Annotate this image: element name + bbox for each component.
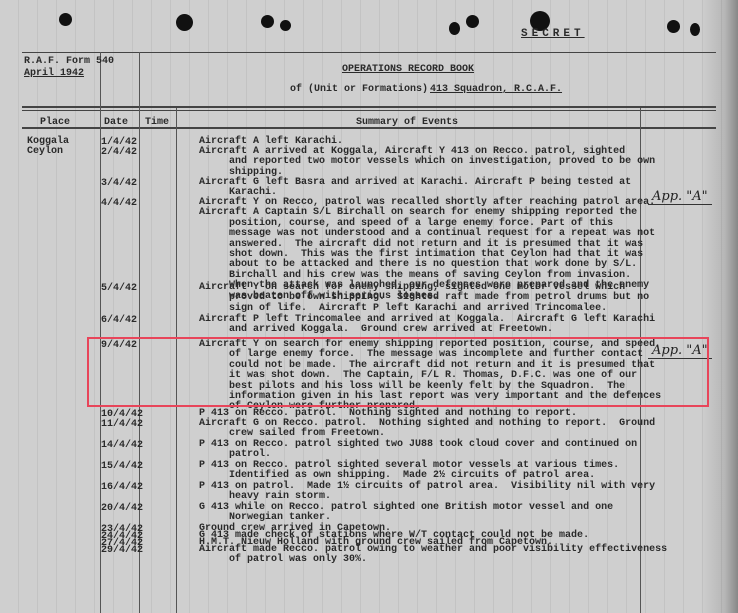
punch-hole: [59, 13, 72, 26]
punch-hole: [466, 15, 479, 28]
entry-text: P 413 on Recco. patrol sighted several m…: [199, 461, 659, 482]
appendix-annotation: App. "A": [648, 189, 712, 205]
punch-hole: [667, 20, 680, 33]
column-header-date: Date: [104, 117, 128, 128]
place-country: Ceylon: [27, 147, 69, 157]
entry-date: 2/4/42: [101, 147, 137, 158]
rule: [22, 106, 716, 108]
document-page: SECRET R.A.F. Form 540 April 1942 OPERAT…: [0, 0, 738, 613]
punch-hole: [176, 14, 193, 31]
entry-date: 14/4/42: [101, 440, 143, 451]
unit-label: of (Unit or Formations): [290, 84, 428, 95]
punch-hole: [280, 20, 291, 31]
punch-hole: [690, 23, 700, 36]
highlight-box: [87, 337, 709, 407]
form-header: R.A.F. Form 540 April 1942: [24, 56, 114, 80]
column-header-place: Place: [40, 117, 70, 128]
column-header-summary: Summary of Events: [356, 117, 458, 128]
entry-date: 3/4/42: [101, 178, 137, 189]
entry-date: 15/4/42: [101, 461, 143, 472]
rule: [22, 52, 716, 53]
unit-value: 413 Squadron, R.C.A.F.: [430, 84, 580, 95]
entry-text: Aircraft made Recco. patrol owing to wea…: [199, 545, 659, 566]
record-month: April 1942: [24, 68, 114, 80]
entry-text: Aircraft Y on search for enemy shipping,…: [199, 283, 659, 314]
entry-date: 4/4/42: [101, 198, 137, 209]
entry-text: Aircraft A arrived at Koggala, Aircraft …: [199, 147, 659, 178]
punch-hole: [261, 15, 274, 28]
punch-hole: [449, 22, 460, 35]
classification-stamp: SECRET: [521, 28, 585, 40]
entry-text: G 413 while on Recco. patrol sighted one…: [199, 503, 659, 524]
form-number: R.A.F. Form 540: [24, 56, 114, 68]
entry-text: Aircraft G on Recco. patrol. Nothing sig…: [199, 419, 659, 440]
place-cell: Koggala Ceylon: [27, 137, 69, 157]
entry-date: 6/4/42: [101, 315, 137, 326]
entry-date: 16/4/42: [101, 482, 143, 493]
entry-date: 11/4/42: [101, 419, 143, 430]
entry-date: 29/4/42: [101, 545, 143, 556]
rule: [22, 110, 716, 111]
entry-text: P 413 on patrol. Made 1½ circuits of pat…: [199, 482, 659, 503]
entry-date: 20/4/42: [101, 503, 143, 514]
document-title: OPERATIONS RECORD BOOK: [342, 64, 474, 75]
entry-date: 5/4/42: [101, 283, 137, 294]
entry-text: Aircraft P left Trincomalee and arrived …: [199, 315, 659, 336]
column-header-time: Time: [145, 117, 169, 128]
entry-text: Aircraft G left Basra and arrived at Kar…: [199, 178, 659, 199]
entry-text: P 413 on Recco. patrol sighted two JU88 …: [199, 440, 659, 461]
